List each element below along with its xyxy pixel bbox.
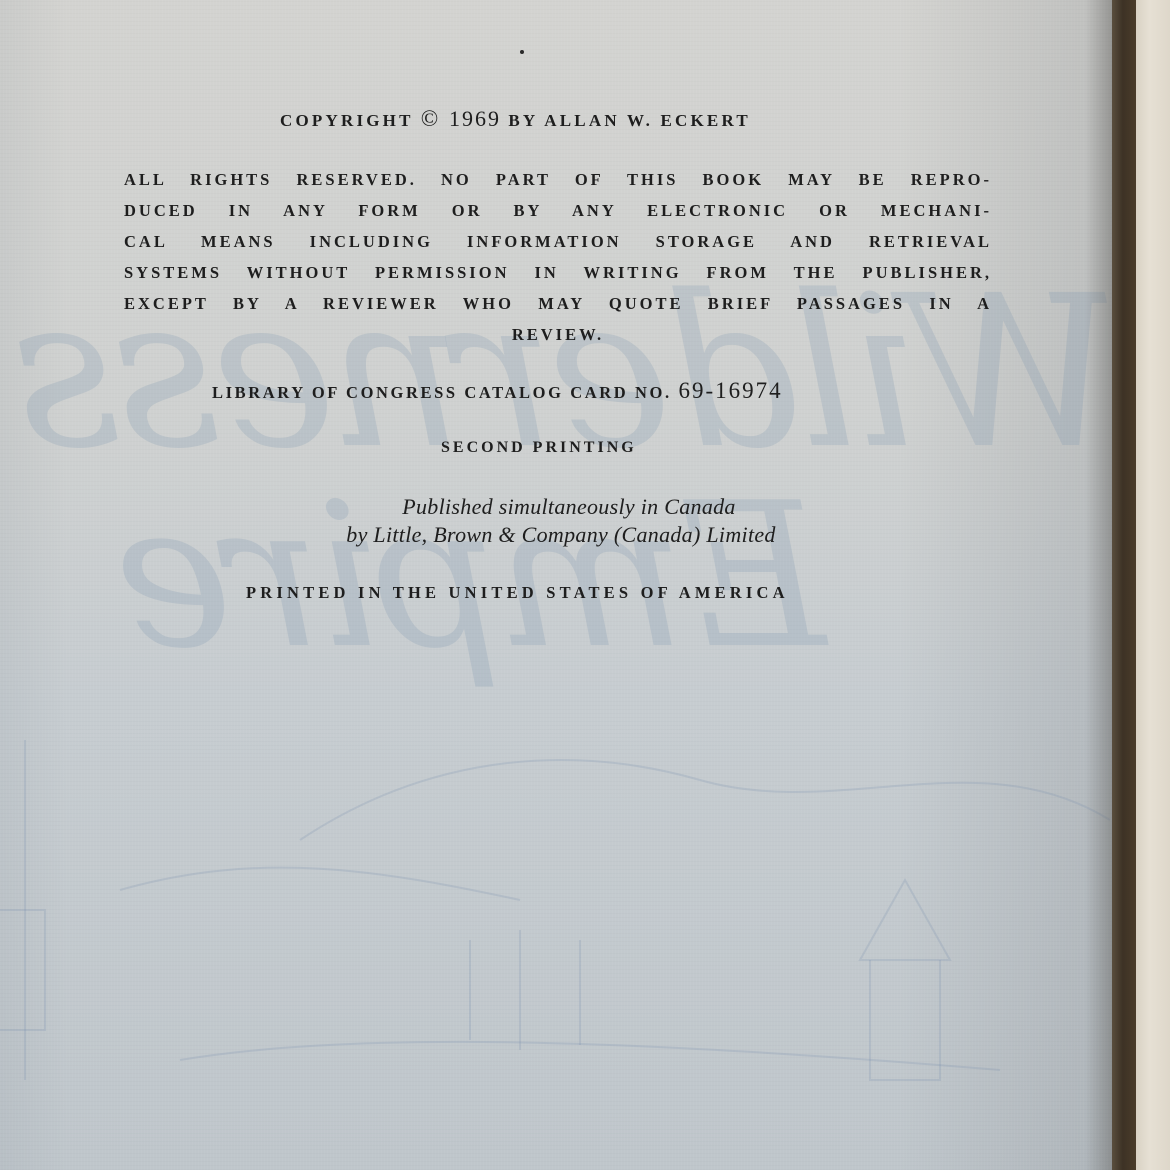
- rights-line: ALL RIGHTS RESERVED. NO PART OF THIS BOO…: [124, 164, 992, 195]
- printed-in-line: PRINTED IN THE UNITED STATES OF AMERICA: [246, 583, 789, 603]
- rights-line: EXCEPT BY A REVIEWER WHO MAY QUOTE BRIEF…: [124, 288, 992, 319]
- copyright-page-content: COPYRIGHT © 1969 BY ALLAN W. ECKERT ALL …: [0, 0, 1122, 1170]
- catalog-number: 69-16974: [678, 378, 782, 403]
- copyright-prefix: COPYRIGHT: [280, 111, 413, 130]
- copyright-line: COPYRIGHT © 1969 BY ALLAN W. ECKERT: [280, 106, 751, 132]
- copyright-year: 1969: [449, 106, 501, 131]
- copyright-symbol-icon: ©: [421, 106, 442, 131]
- adjacent-page-edge: [1136, 0, 1170, 1170]
- catalog-card-line: LIBRARY OF CONGRESS CATALOG CARD NO. 69-…: [212, 378, 783, 404]
- rights-line: SYSTEMS WITHOUT PERMISSION IN WRITING FR…: [124, 257, 992, 288]
- rights-line: DUCED IN ANY FORM OR BY ANY ELECTRONIC O…: [124, 195, 992, 226]
- rights-line: REVIEW.: [124, 319, 992, 350]
- printing-edition: SECOND PRINTING: [441, 439, 637, 457]
- copyright-holder: BY ALLAN W. ECKERT: [508, 111, 750, 130]
- catalog-label: LIBRARY OF CONGRESS CATALOG CARD NO.: [212, 383, 672, 402]
- rights-notice: ALL RIGHTS RESERVED. NO PART OF THIS BOO…: [124, 164, 992, 350]
- photo-scene: Wilderness Empire COPYRIGHT ©: [0, 0, 1170, 1170]
- book-page: Wilderness Empire COPYRIGHT ©: [0, 0, 1122, 1170]
- rights-line: CAL MEANS INCLUDING INFORMATION STORAGE …: [124, 226, 992, 257]
- canada-notice-line2: by Little, Brown & Company (Canada) Limi…: [0, 522, 1122, 548]
- canada-notice-line1: Published simultaneously in Canada: [0, 494, 1130, 520]
- book-spine-gap: [1112, 0, 1136, 1170]
